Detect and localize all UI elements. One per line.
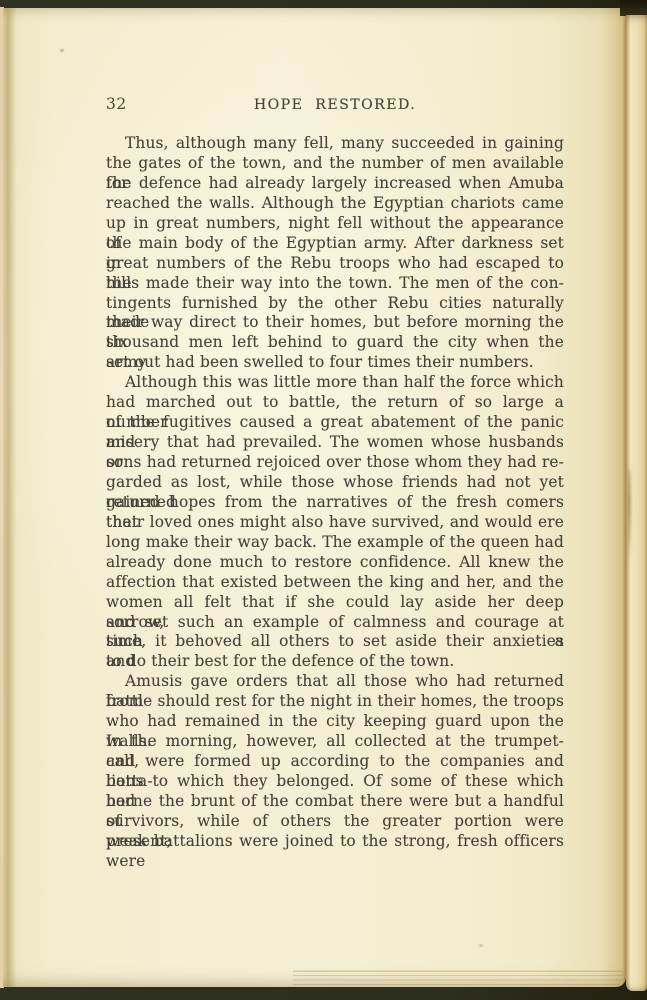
text-line: the gates of the town, and the number of… [106,154,564,174]
text-line: of the fugitives caused a great abatemen… [106,413,564,433]
text-line: reached the walls. Although the Egyptian… [106,194,564,214]
text-line: sons had returned rejoiced over those wh… [106,453,564,473]
text-line: women all felt that if she could lay asi… [106,593,564,613]
text-line: survivors, while of others the greater p… [106,812,564,832]
text-line: hills made their way into the town. The … [106,274,564,294]
paper-speck [60,49,64,52]
running-header: HOPE RESTORED. [106,97,564,113]
text-line: garded as lost, while those whose friend… [106,473,564,493]
text-line: had marched out to battle, the return of… [106,393,564,413]
cover-top-corner [620,0,647,16]
text-line: long make their way back. The example of… [106,533,564,553]
text-line: their way direct to their homes, but bef… [106,313,564,333]
text-line: affection that existed between the king … [106,573,564,593]
text-line: tingents furnished by the other Rebu cit… [106,294,564,314]
text-line: Although this was little more than half … [106,373,564,393]
text-line: Amusis gave orders that all those who ha… [106,672,564,692]
paragraph: Although this was little more than half … [106,373,564,672]
text-line: who had remained in the city keeping gua… [106,712,564,732]
text-block: Thus, although many fell, many succeeded… [106,134,564,852]
book-page-scan: 32 HOPE RESTORED. Thus, although many fe… [0,0,647,1000]
text-line: already done much to restore confidence.… [106,553,564,573]
page: 32 HOPE RESTORED. Thus, although many fe… [3,8,626,987]
text-line: great numbers of the Rebu troops who had… [106,254,564,274]
text-line: borne the brunt of the combat there were… [106,792,564,812]
fore-edge-smudge [627,470,632,565]
text-line: lions to which they belonged. Of some of… [106,772,564,792]
text-line: thousand men left behind to guard the ci… [106,333,564,353]
text-line: set out had been swelled to four times t… [106,353,564,373]
text-line: time, it behoved all others to set aside… [106,632,564,652]
text-line: their loved ones might also have survive… [106,513,564,533]
text-line: weak battalions were joined to the stron… [106,832,564,852]
paper-speck [479,944,483,947]
text-line: the main body of the Egyptian army. Afte… [106,234,564,254]
text-line: In the morning, however, all collected a… [106,732,564,752]
text-line: misery that had prevailed. The women who… [106,433,564,453]
text-line: gained hopes from the narratives of the … [106,493,564,513]
paragraph: Thus, although many fell, many succeeded… [106,134,564,373]
fore-edge [626,15,647,991]
text-line: up in great numbers, night fell without … [106,214,564,234]
text-line: the defence had already largely increase… [106,174,564,194]
page-header-row: 32 HOPE RESTORED. [106,95,564,115]
paragraph: Amusis gave orders that all those who ha… [106,672,564,851]
text-line: and set such an example of calmness and … [106,613,564,633]
text-line: to do their best for the defence of the … [106,652,564,672]
text-line: battle should rest for the night in thei… [106,692,564,712]
text-line: Thus, although many fell, many succeeded… [106,134,564,154]
text-line: and were formed up according to the comp… [106,752,564,772]
page-stack-edges [293,968,623,985]
